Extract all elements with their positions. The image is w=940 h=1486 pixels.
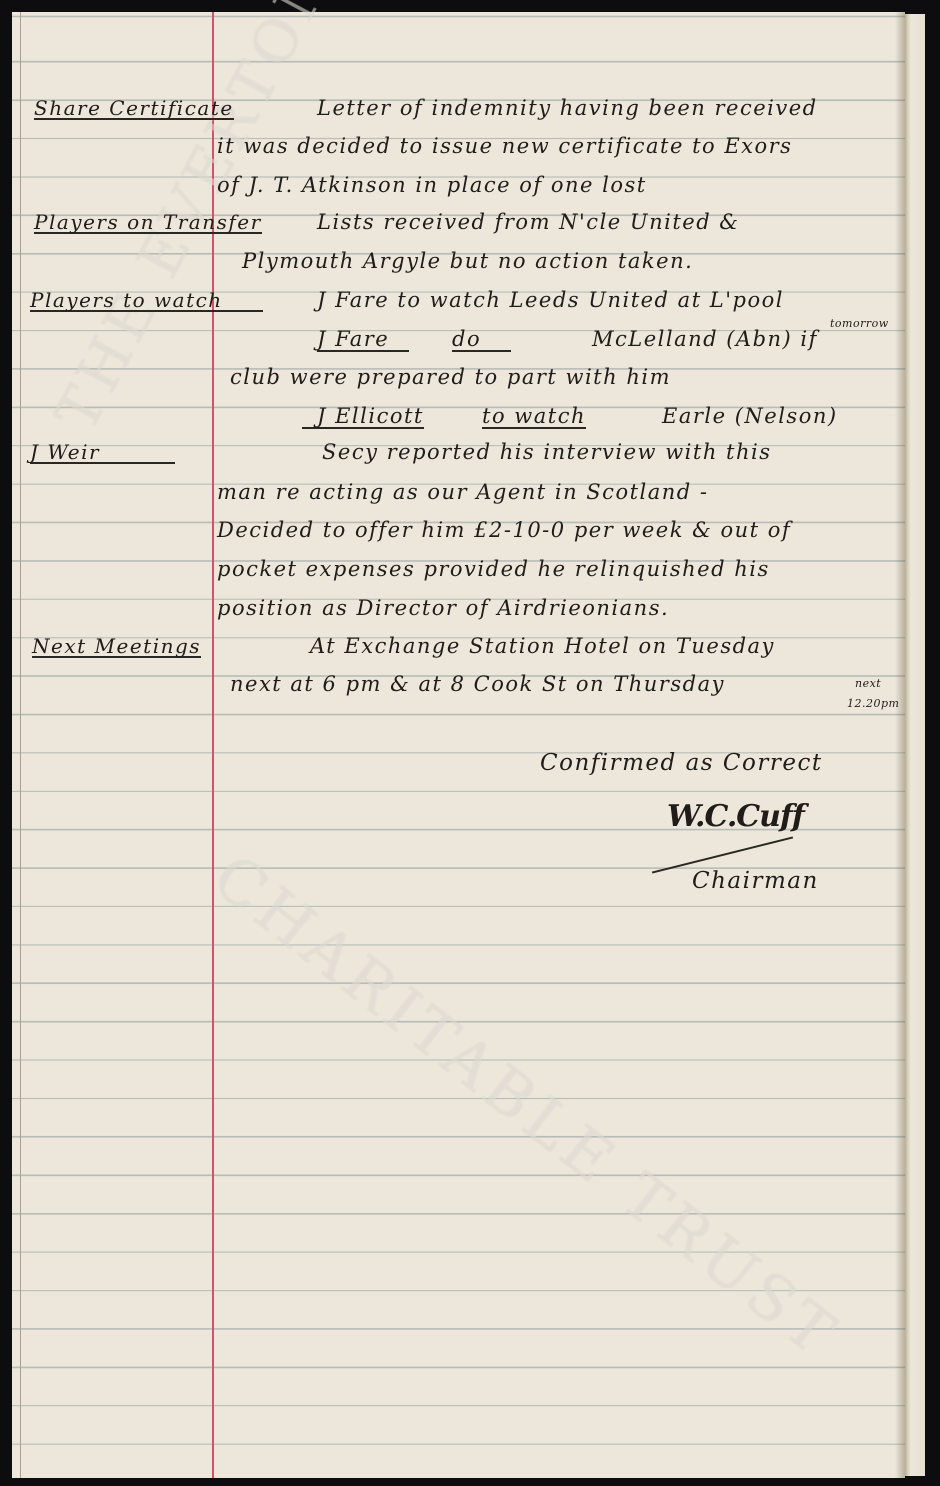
weir-line-5: position as Director of Airdrieonians. <box>217 598 669 619</box>
sidenote-players-on-transfer: Players on Transfer <box>34 212 262 234</box>
adjacent-page-edge <box>905 14 925 1476</box>
confirmation-text: Confirmed as Correct <box>540 752 823 775</box>
watch-line-3: club were prepared to part with him <box>230 367 671 388</box>
watermark-line-2: CHARITABLE TRUST <box>200 840 853 1373</box>
page-left-rule <box>20 12 21 1478</box>
watch-line-1: J Fare to watch Leeds United at L'pool <box>317 290 784 311</box>
weir-line-4: pocket expenses provided he relinquished… <box>217 559 770 580</box>
share-cert-line-1: Letter of indemnity having been received <box>317 98 818 119</box>
meetings-annotation-time: 12.20pm <box>847 698 899 709</box>
weir-line-1: Secy reported his interview with this <box>322 442 771 463</box>
sidenote-share-certificate: Share Certificate <box>34 98 234 120</box>
watch-line-4-name: J Ellicott <box>302 406 424 429</box>
watch-line-4-action: to watch <box>482 406 586 429</box>
share-cert-line-2: it was decided to issue new certificate … <box>217 136 792 157</box>
spine-shadow <box>895 12 905 1478</box>
meetings-annotation-next: next <box>855 678 881 689</box>
sidenote-j-weir: J Weir <box>30 442 175 464</box>
meetings-line-1: At Exchange Station Hotel on Tuesday <box>310 636 775 657</box>
chairman-signature: W.C.Cuff <box>667 802 804 832</box>
weir-line-2: man re acting as our Agent in Scotland - <box>217 482 709 503</box>
transfer-line-1: Lists received from N'cle United & <box>317 212 740 233</box>
watch-superscript-tomorrow: tomorrow <box>830 318 889 329</box>
watch-line-4-player: Earle (Nelson) <box>662 406 838 427</box>
watch-line-2-name: J Fare <box>317 329 409 352</box>
watch-line-2-player: McLelland (Abn) if <box>592 329 818 350</box>
transfer-line-2: Plymouth Argyle but no action taken. <box>242 251 693 272</box>
weir-line-3: Decided to offer him £2-10-0 per week & … <box>217 520 791 541</box>
chairman-title: Chairman <box>692 870 819 893</box>
share-cert-line-3: of J. T. Atkinson in place of one lost <box>217 175 647 196</box>
sidenote-players-to-watch: Players to watch <box>30 290 263 312</box>
meetings-line-2: next at 6 pm & at 8 Cook St on Thursday <box>230 674 725 695</box>
watch-line-2-ditto: do <box>452 329 511 352</box>
sidenote-next-meetings: Next Meetings <box>32 636 201 658</box>
ledger-page: THE EVERTON COLLECTION CHARITABLE TRUST … <box>12 12 905 1478</box>
